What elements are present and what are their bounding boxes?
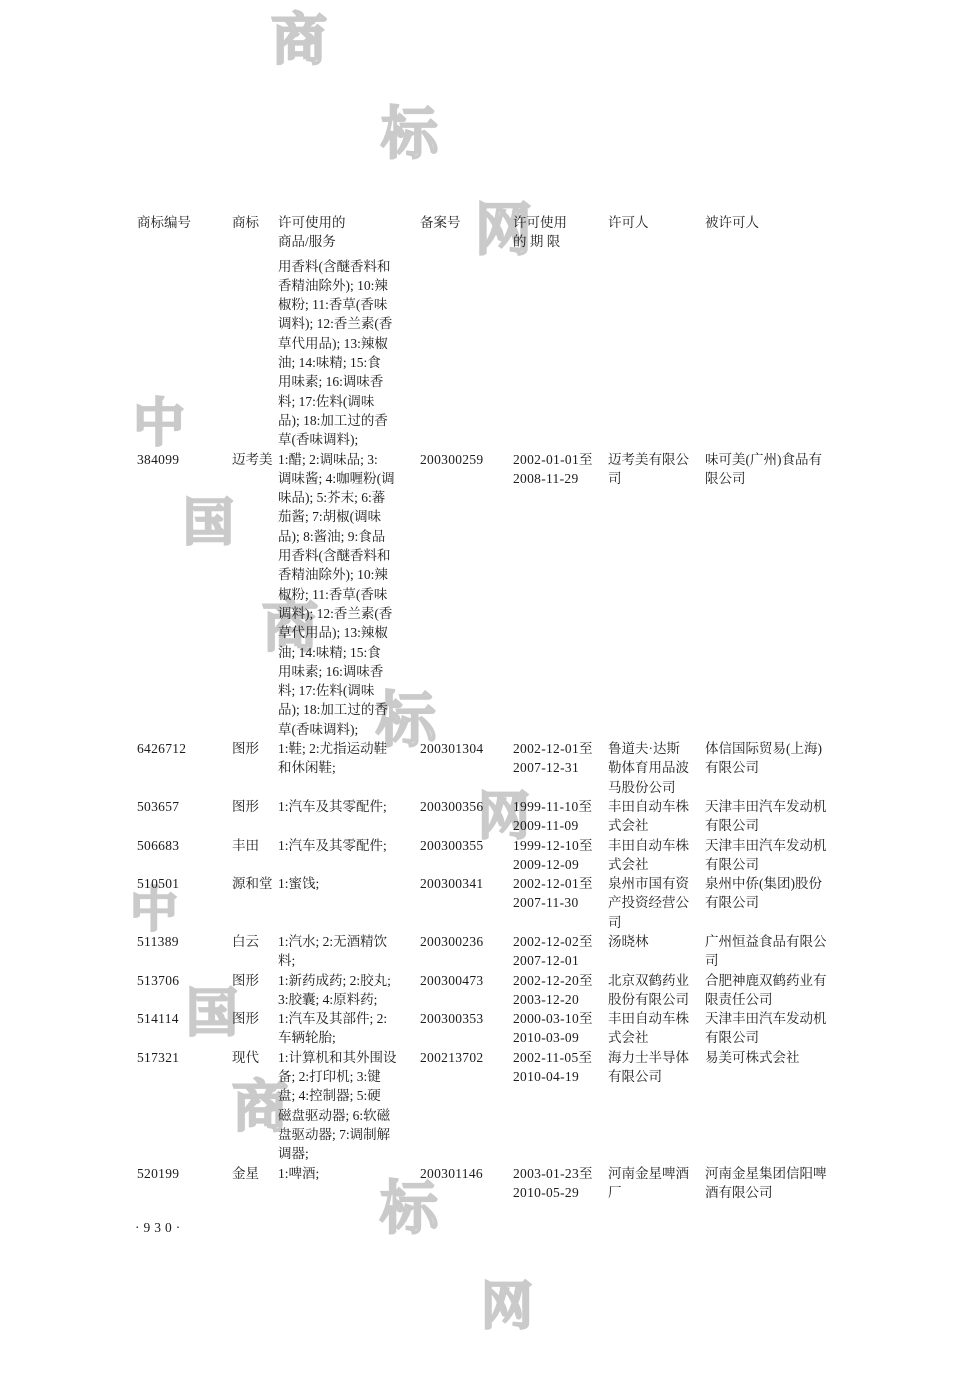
cell-record-no: 200213702 [420,1048,513,1067]
cell-trademark: 金星 [232,1164,278,1183]
cell-trademark-no: 510501 [137,874,232,893]
cell-period: 1999-12-10至 2009-12-09 [513,836,608,875]
cell-goods: 1:汽车及其零配件; [278,797,420,816]
table-row: 513706 图形 1:新药成药; 2:胶丸; 3:胶囊; 4:原料药; 200… [137,971,857,1010]
gazette-page: 商 标 网 中 国 商 标 网 中 国 商 标 网 商标编号 商标 许可使用的 … [0,0,980,1400]
cell-goods: 用香料(含醚香料和 香精油除外); 10:辣 椒粉; 11:香草(香味 调料);… [278,257,420,450]
cell-goods: 1:新药成药; 2:胶丸; 3:胶囊; 4:原料药; [278,971,420,1010]
cell-trademark-no: 6426712 [137,739,232,758]
cell-trademark-no: 384099 [137,450,232,469]
cell-licensor: 泉州市国有资 产投资经营公 司 [608,874,705,932]
cell-licensor: 丰田自动车株 式会社 [608,1009,705,1048]
table-row: 384099 迈考美 1:醋; 2:调味品; 3: 调味酱; 4:咖喱粉(调 味… [137,450,857,739]
cell-goods: 1:鞋; 2:尤指运动鞋 和休闲鞋; [278,739,420,778]
cell-trademark: 丰田 [232,836,278,855]
cell-licensor: 汤晓林 [608,932,705,951]
license-table: 商标编号 商标 许可使用的 商品/服务 备案号 许可使用 的 期 限 许可人 被… [137,213,857,1202]
table-row: 517321 现代 1:计算机和其外围设 备; 2:打印机; 3:键 盘; 4:… [137,1048,857,1164]
table-row: 6426712 图形 1:鞋; 2:尤指运动鞋 和休闲鞋; 200301304 … [137,739,857,797]
header-record-no: 备案号 [420,213,513,232]
cell-period: 2000-03-10至 2010-03-09 [513,1009,608,1048]
cell-period: 2003-01-23至 2010-05-29 [513,1164,608,1203]
header-goods: 许可使用的 商品/服务 [278,213,420,252]
cell-licensor: 丰田自动车株 式会社 [608,797,705,836]
header-licensee: 被许可人 [705,213,857,232]
cell-record-no: 200301146 [420,1164,513,1183]
page-number: ·930· [135,1220,184,1236]
table-row: 514114 图形 1:汽车及其部件; 2: 车辆轮胎; 200300353 2… [137,1009,857,1048]
table-header-row: 商标编号 商标 许可使用的 商品/服务 备案号 许可使用 的 期 限 许可人 被… [137,213,857,252]
cell-record-no: 200300355 [420,836,513,855]
cell-period: 2002-12-02至 2007-12-01 [513,932,608,971]
header-period: 许可使用 的 期 限 [513,213,608,252]
cell-licensor: 北京双鹤药业 股份有限公司 [608,971,705,1010]
cell-licensee: 泉州中侨(集团)股份 有限公司 [705,874,857,913]
cell-period: 2002-01-01至 2008-11-29 [513,450,608,489]
cell-licensor: 河南金星啤酒 厂 [608,1164,705,1203]
cell-goods: 1:汽车及其部件; 2: 车辆轮胎; [278,1009,420,1048]
table-row: 510501 源和堂 1:蜜饯; 200300341 2002-12-01至 2… [137,874,857,932]
cell-goods: 1:醋; 2:调味品; 3: 调味酱; 4:咖喱粉(调 味品); 5:芥末; 6… [278,450,420,739]
cell-record-no: 200300341 [420,874,513,893]
cell-trademark: 白云 [232,932,278,951]
cell-licensee: 天津丰田汽车发动机 有限公司 [705,836,857,875]
table-row: 511389 白云 1:汽水; 2:无酒精饮 料; 200300236 2002… [137,932,857,971]
cell-trademark-no: 511389 [137,932,232,951]
cell-period: 2002-12-01至 2007-12-31 [513,739,608,778]
cell-trademark: 图形 [232,797,278,816]
cell-period: 2002-12-20至 2003-12-20 [513,971,608,1010]
cell-period: 1999-11-10至 2009-11-09 [513,797,608,836]
cell-period: 2002-11-05至 2010-04-19 [513,1048,608,1087]
cell-licensee: 河南金星集团信阳啤 酒有限公司 [705,1164,857,1203]
cell-trademark: 源和堂 [232,874,278,893]
cell-record-no: 200300259 [420,450,513,469]
cell-licensee: 广州恒益食品有限公 司 [705,932,857,971]
cell-record-no: 200300356 [420,797,513,816]
cell-trademark: 图形 [232,971,278,990]
cell-period: 2002-12-01至 2007-11-30 [513,874,608,913]
cell-trademark-no: 503657 [137,797,232,816]
cell-record-no: 200300473 [420,971,513,990]
cell-trademark: 现代 [232,1048,278,1067]
cell-trademark-no: 517321 [137,1048,232,1067]
cell-goods: 1:啤酒; [278,1164,420,1183]
cell-trademark-no: 513706 [137,971,232,990]
cell-goods: 1:汽水; 2:无酒精饮 料; [278,932,420,971]
cell-goods: 1:计算机和其外围设 备; 2:打印机; 3:键 盘; 4:控制器; 5:硬 磁… [278,1048,420,1164]
cell-licensee: 天津丰田汽车发动机 有限公司 [705,1009,857,1048]
content-layer: 商标编号 商标 许可使用的 商品/服务 备案号 许可使用 的 期 限 许可人 被… [0,0,980,1400]
cell-trademark-no: 506683 [137,836,232,855]
table-row-continuation: 用香料(含醚香料和 香精油除外); 10:辣 椒粉; 11:香草(香味 调料);… [137,257,857,450]
table-row: 506683 丰田 1:汽车及其零配件; 200300355 1999-12-1… [137,836,857,875]
cell-trademark: 图形 [232,1009,278,1028]
cell-trademark-no: 514114 [137,1009,232,1028]
cell-licensor: 海力士半导体 有限公司 [608,1048,705,1087]
cell-trademark: 图形 [232,739,278,758]
cell-licensee: 合肥神鹿双鹤药业有 限责任公司 [705,971,857,1010]
cell-licensor: 鲁道夫·达斯 勒体育用品波 马股份公司 [608,739,705,797]
cell-licensee: 天津丰田汽车发动机 有限公司 [705,797,857,836]
cell-licensee: 体信国际贸易(上海) 有限公司 [705,739,857,778]
cell-licensee: 易美可株式会社 [705,1048,857,1067]
cell-record-no: 200300353 [420,1009,513,1028]
table-row: 503657 图形 1:汽车及其零配件; 200300356 1999-11-1… [137,797,857,836]
table-row: 520199 金星 1:啤酒; 200301146 2003-01-23至 20… [137,1164,857,1203]
cell-licensee: 味可美(广州)食品有 限公司 [705,450,857,489]
cell-trademark-no: 520199 [137,1164,232,1183]
header-trademark-no: 商标编号 [137,213,232,232]
header-licensor: 许可人 [608,213,705,232]
cell-goods: 1:汽车及其零配件; [278,836,420,855]
cell-record-no: 200300236 [420,932,513,951]
cell-goods: 1:蜜饯; [278,874,420,893]
cell-record-no: 200301304 [420,739,513,758]
cell-trademark: 迈考美 [232,450,278,469]
header-trademark: 商标 [232,213,278,232]
cell-licensor: 丰田自动车株 式会社 [608,836,705,875]
cell-licensor: 迈考美有限公 司 [608,450,705,489]
